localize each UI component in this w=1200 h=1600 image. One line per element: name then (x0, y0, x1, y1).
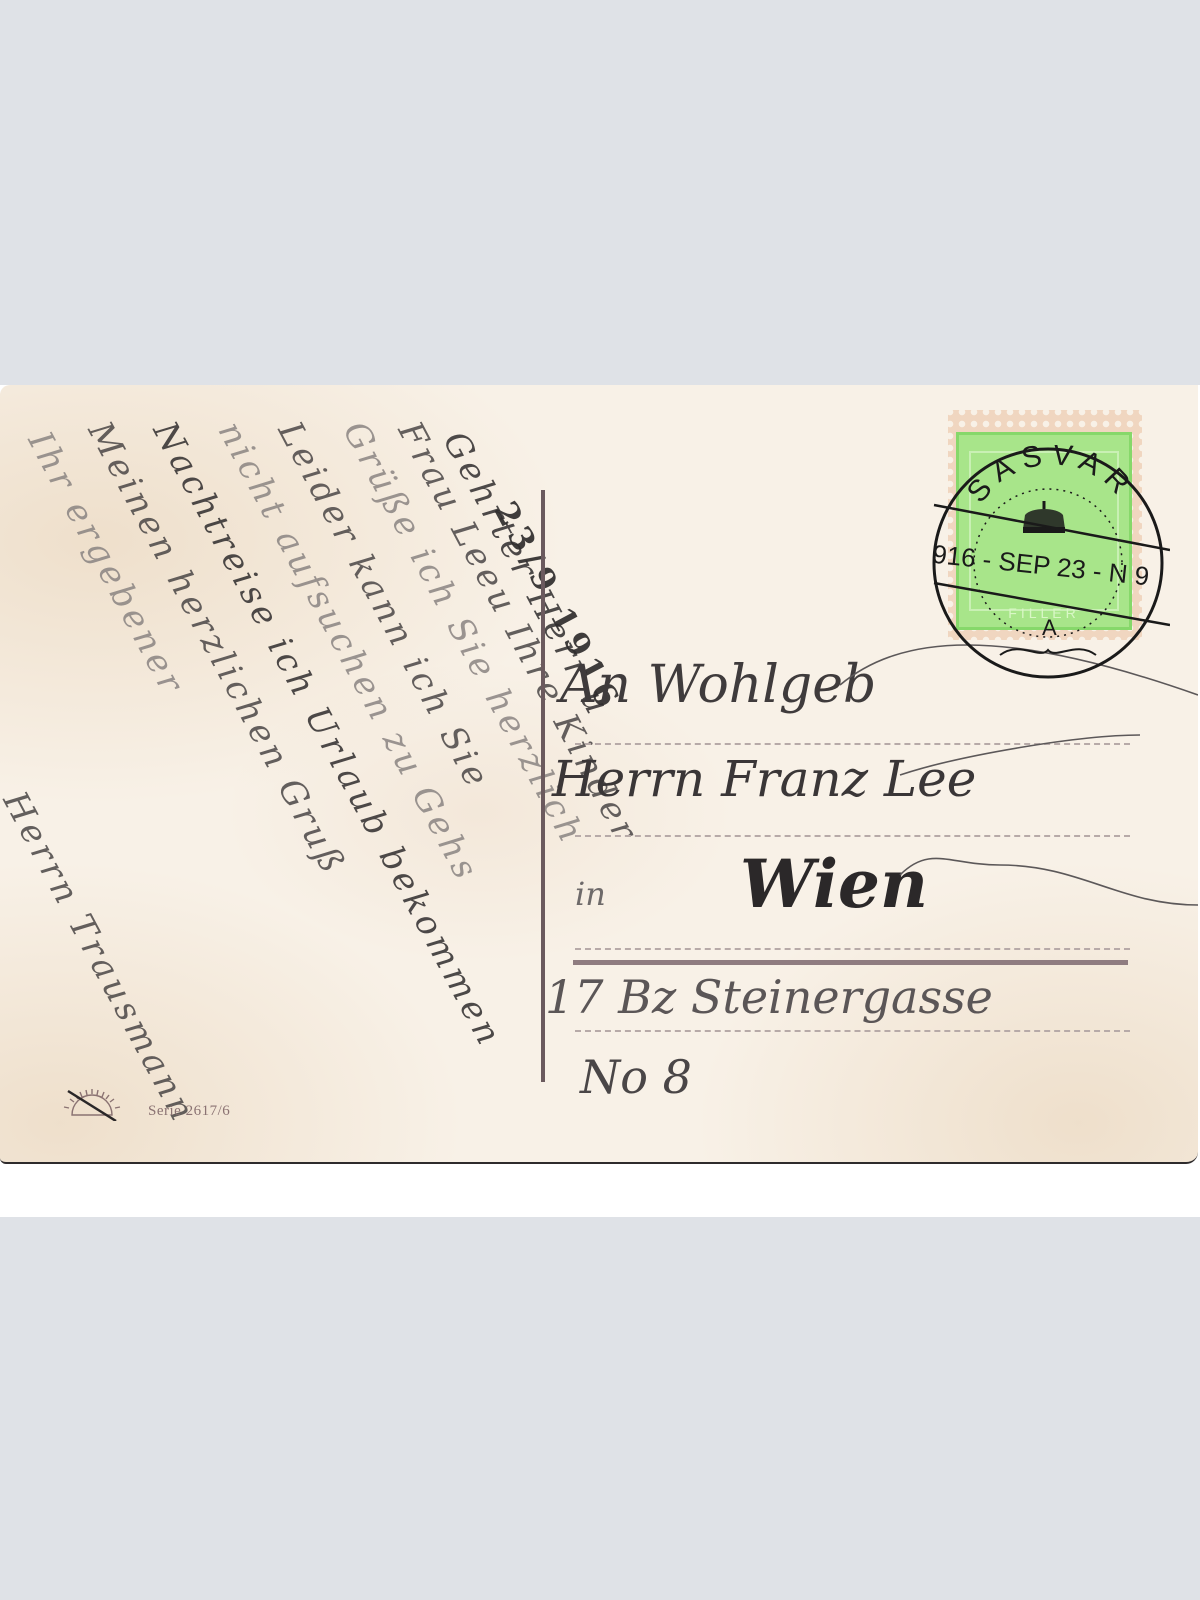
address-line-2: Herrn Franz Lee (552, 750, 976, 808)
postmark-town: SASVAR (961, 445, 1142, 509)
message-area: 23/9 1916 Gehrter Herr u Frau Leeu Ihre … (0, 385, 540, 1162)
address-rule (575, 835, 1130, 837)
postmark-cancellation: SASVAR 916 - SEP 23 - N 9 A (930, 445, 1170, 685)
address-rule (575, 948, 1130, 950)
photo-frame: 23/9 1916 Gehrter Herr u Frau Leeu Ihre … (0, 385, 1200, 1217)
address-line-1: An Wohlgeb (560, 655, 876, 715)
address-rule-solid (573, 960, 1128, 965)
postcard: 23/9 1916 Gehrter Herr u Frau Leeu Ihre … (0, 385, 1198, 1164)
postmark-letter: A (1042, 615, 1057, 640)
address-city: Wien (740, 845, 928, 923)
address-rule (575, 743, 1130, 745)
message-line: Herrn Trausmann (0, 785, 204, 1130)
rising-sun-logo-icon (60, 1085, 124, 1121)
printed-series-number: Serie 2617/6 (148, 1103, 230, 1120)
postmark-date: 916 - SEP 23 - N 9 (931, 539, 1151, 592)
address-line-5: No 8 (580, 1050, 692, 1104)
address-rule (575, 1030, 1130, 1032)
address-line-4: 17 Bz Steinergasse (545, 970, 993, 1024)
address-line-3-prefix: in (575, 875, 606, 913)
